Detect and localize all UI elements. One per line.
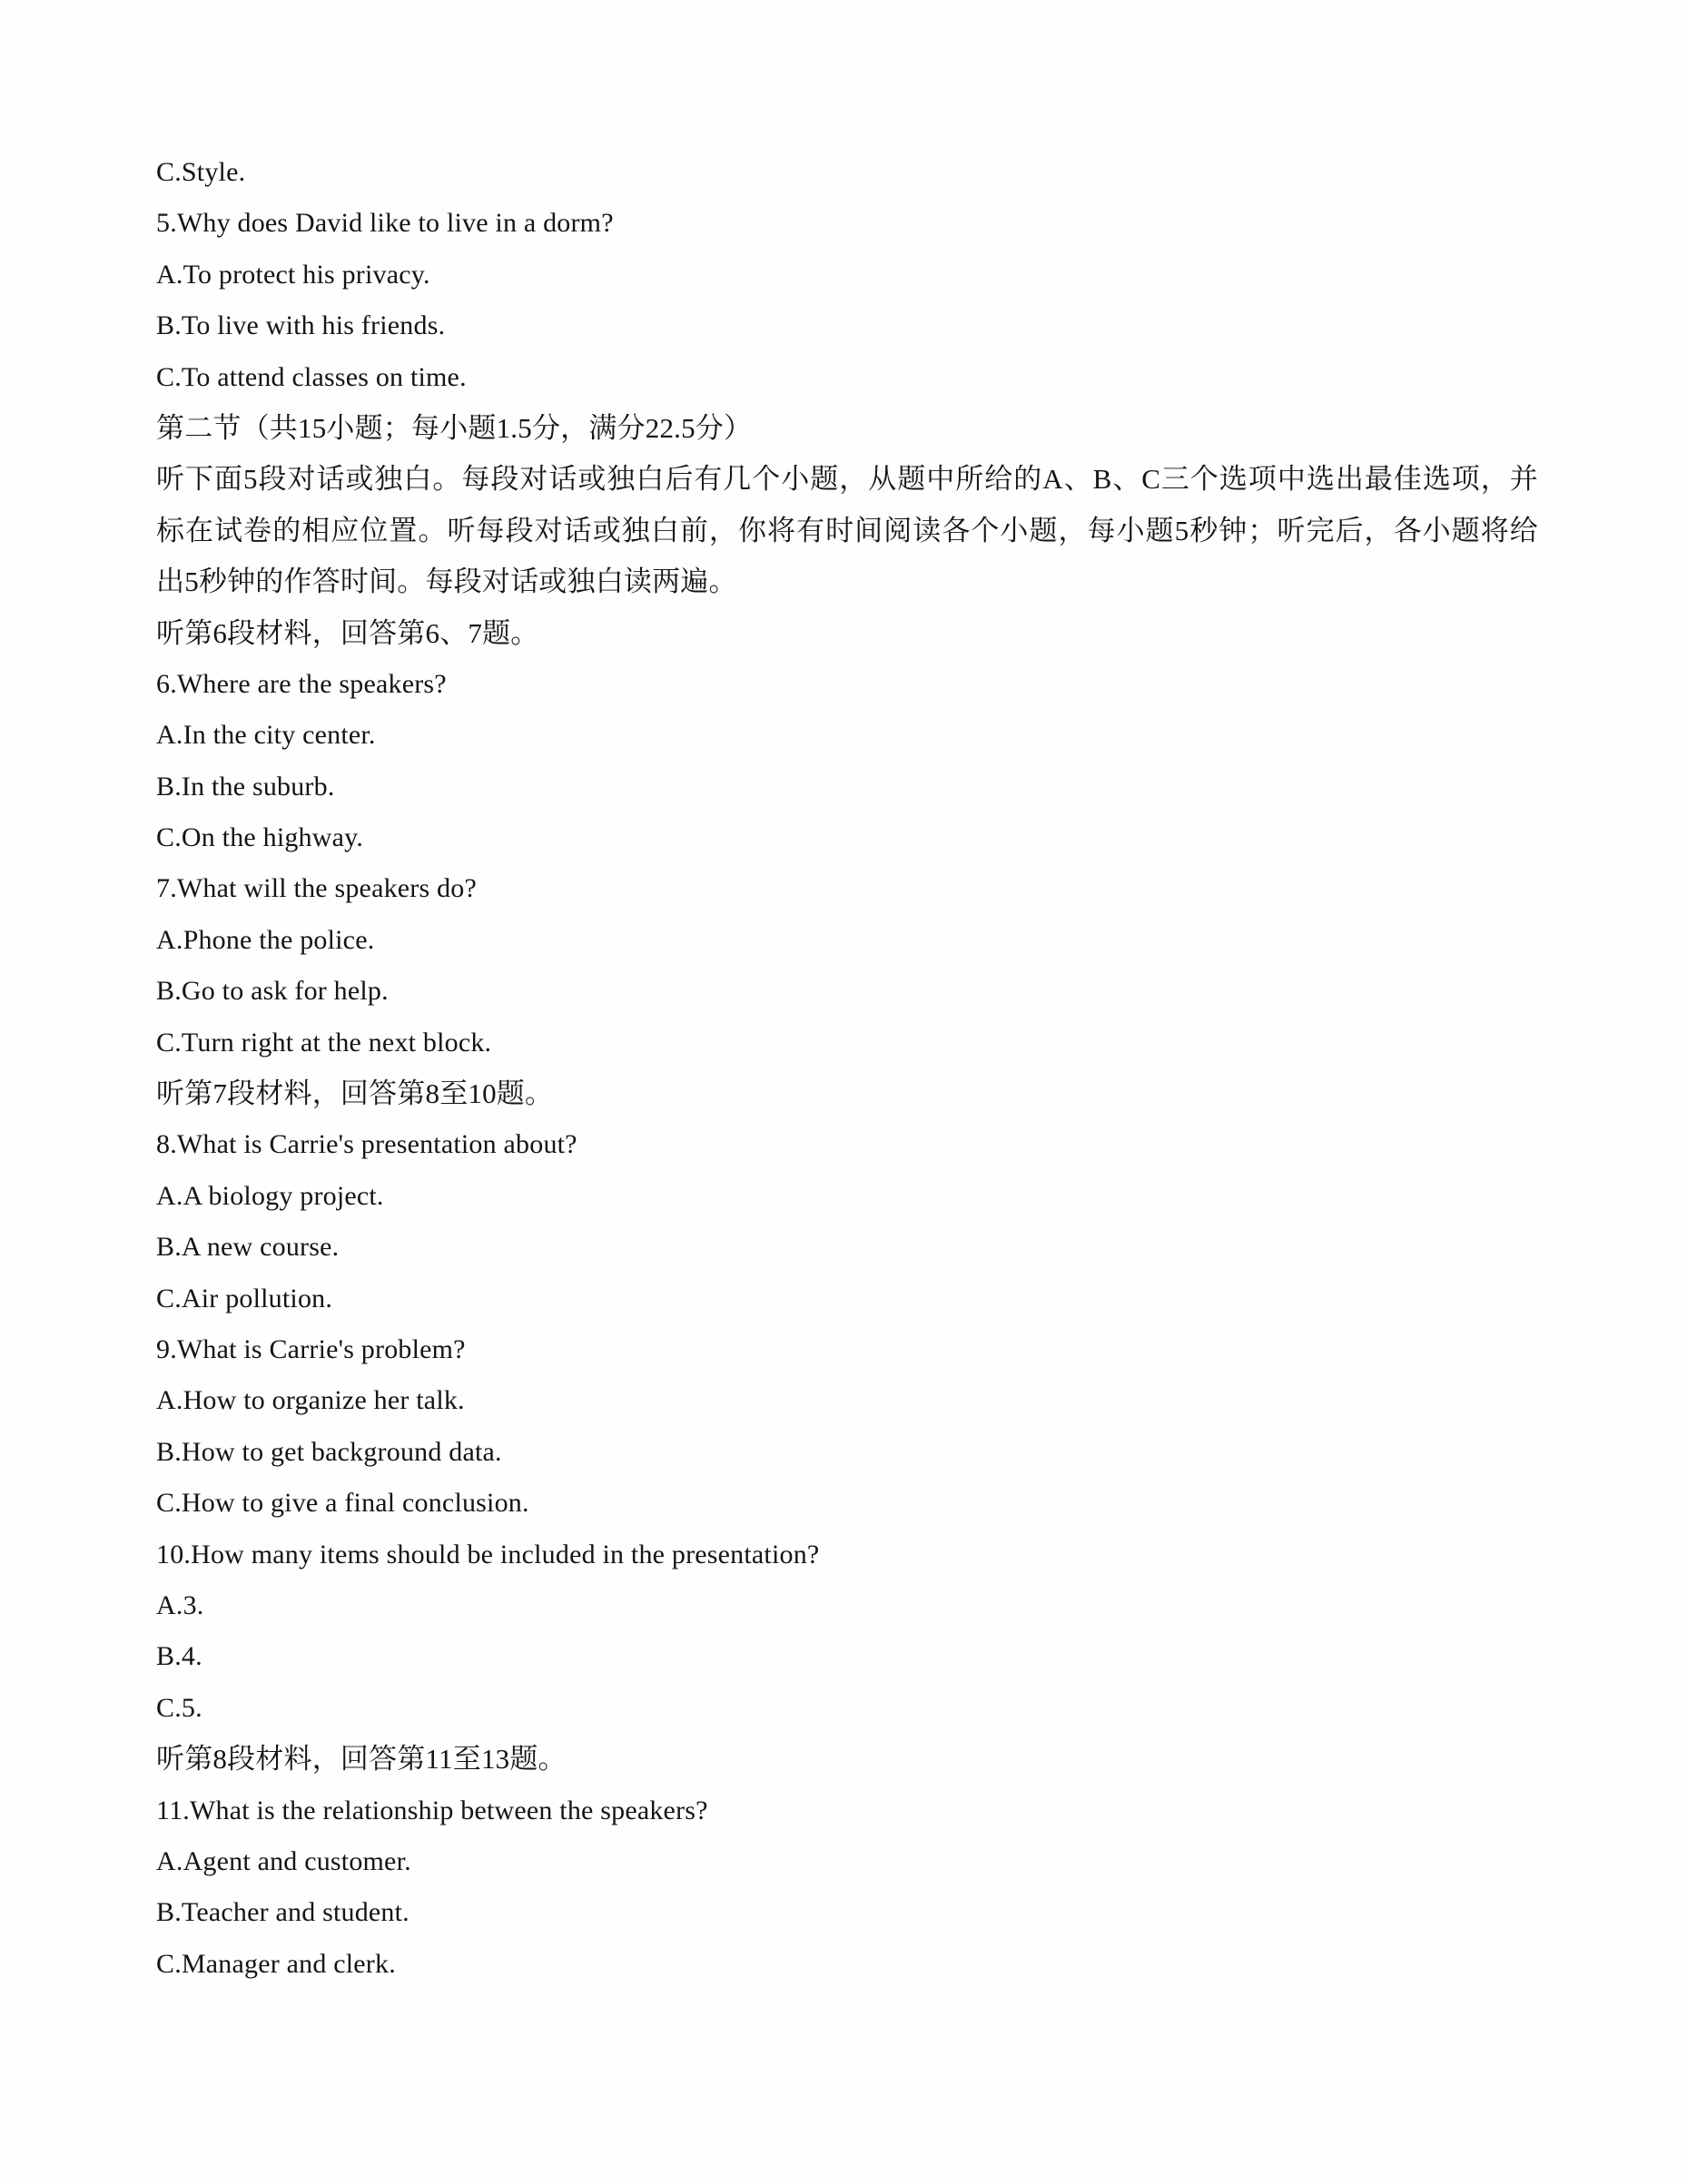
question-7: 7.What will the speakers do? bbox=[156, 863, 1538, 914]
option-7-b: B.Go to ask for help. bbox=[156, 966, 1538, 1017]
instructions-line-3: 出5秒钟的作答时间。每段对话或独白读两遍。 bbox=[156, 556, 1538, 607]
option-10-a: A.3. bbox=[156, 1580, 1538, 1631]
option-6-c: C.On the highway. bbox=[156, 812, 1538, 863]
option-11-b: B.Teacher and student. bbox=[156, 1887, 1538, 1938]
exam-paper-page: C.Style. 5.Why does David like to live i… bbox=[0, 0, 1687, 2184]
option-11-a: A.Agent and customer. bbox=[156, 1836, 1538, 1887]
option-9-a: A.How to organize her talk. bbox=[156, 1375, 1538, 1426]
material-6-prompt: 听第6段材料，回答第6、7题。 bbox=[156, 608, 1538, 659]
instructions-line-2: 标在试卷的相应位置。听每段对话或独白前，你将有时间阅读各个小题，每小题5秒钟；听… bbox=[156, 506, 1538, 556]
option-8-a: A.A biology project. bbox=[156, 1171, 1538, 1222]
question-11: 11.What is the relationship between the … bbox=[156, 1786, 1538, 1836]
option-6-a: A.In the city center. bbox=[156, 710, 1538, 761]
option-8-b: B.A new course. bbox=[156, 1222, 1538, 1273]
option-8-c: C.Air pollution. bbox=[156, 1274, 1538, 1324]
question-9: 9.What is Carrie's problem? bbox=[156, 1324, 1538, 1375]
material-7-prompt: 听第7段材料，回答第8至10题。 bbox=[156, 1068, 1538, 1119]
option-5-a: A.To protect his privacy. bbox=[156, 250, 1538, 300]
option-7-a: A.Phone the police. bbox=[156, 915, 1538, 966]
option-5-b: B.To live with his friends. bbox=[156, 300, 1538, 351]
exam-text-block: C.Style. 5.Why does David like to live i… bbox=[156, 147, 1538, 1990]
option-9-c: C.How to give a final conclusion. bbox=[156, 1478, 1538, 1529]
question-8: 8.What is Carrie's presentation about? bbox=[156, 1119, 1538, 1170]
option-4-c: C.Style. bbox=[156, 147, 1538, 198]
option-5-c: C.To attend classes on time. bbox=[156, 352, 1538, 403]
question-5: 5.Why does David like to live in a dorm? bbox=[156, 198, 1538, 249]
option-10-b: B.4. bbox=[156, 1631, 1538, 1682]
question-6: 6.Where are the speakers? bbox=[156, 659, 1538, 710]
material-8-prompt: 听第8段材料，回答第11至13题。 bbox=[156, 1734, 1538, 1785]
option-7-c: C.Turn right at the next block. bbox=[156, 1018, 1538, 1068]
option-9-b: B.How to get background data. bbox=[156, 1427, 1538, 1478]
option-6-b: B.In the suburb. bbox=[156, 762, 1538, 812]
option-10-c: C.5. bbox=[156, 1683, 1538, 1734]
question-10: 10.How many items should be included in … bbox=[156, 1530, 1538, 1580]
instructions-line-1: 听下面5段对话或独白。每段对话或独白后有几个小题，从题中所给的A、B、C三个选项… bbox=[156, 454, 1538, 505]
option-11-c: C.Manager and clerk. bbox=[156, 1939, 1538, 1990]
section-2-heading: 第二节（共15小题；每小题1.5分，满分22.5分） bbox=[156, 403, 1538, 454]
